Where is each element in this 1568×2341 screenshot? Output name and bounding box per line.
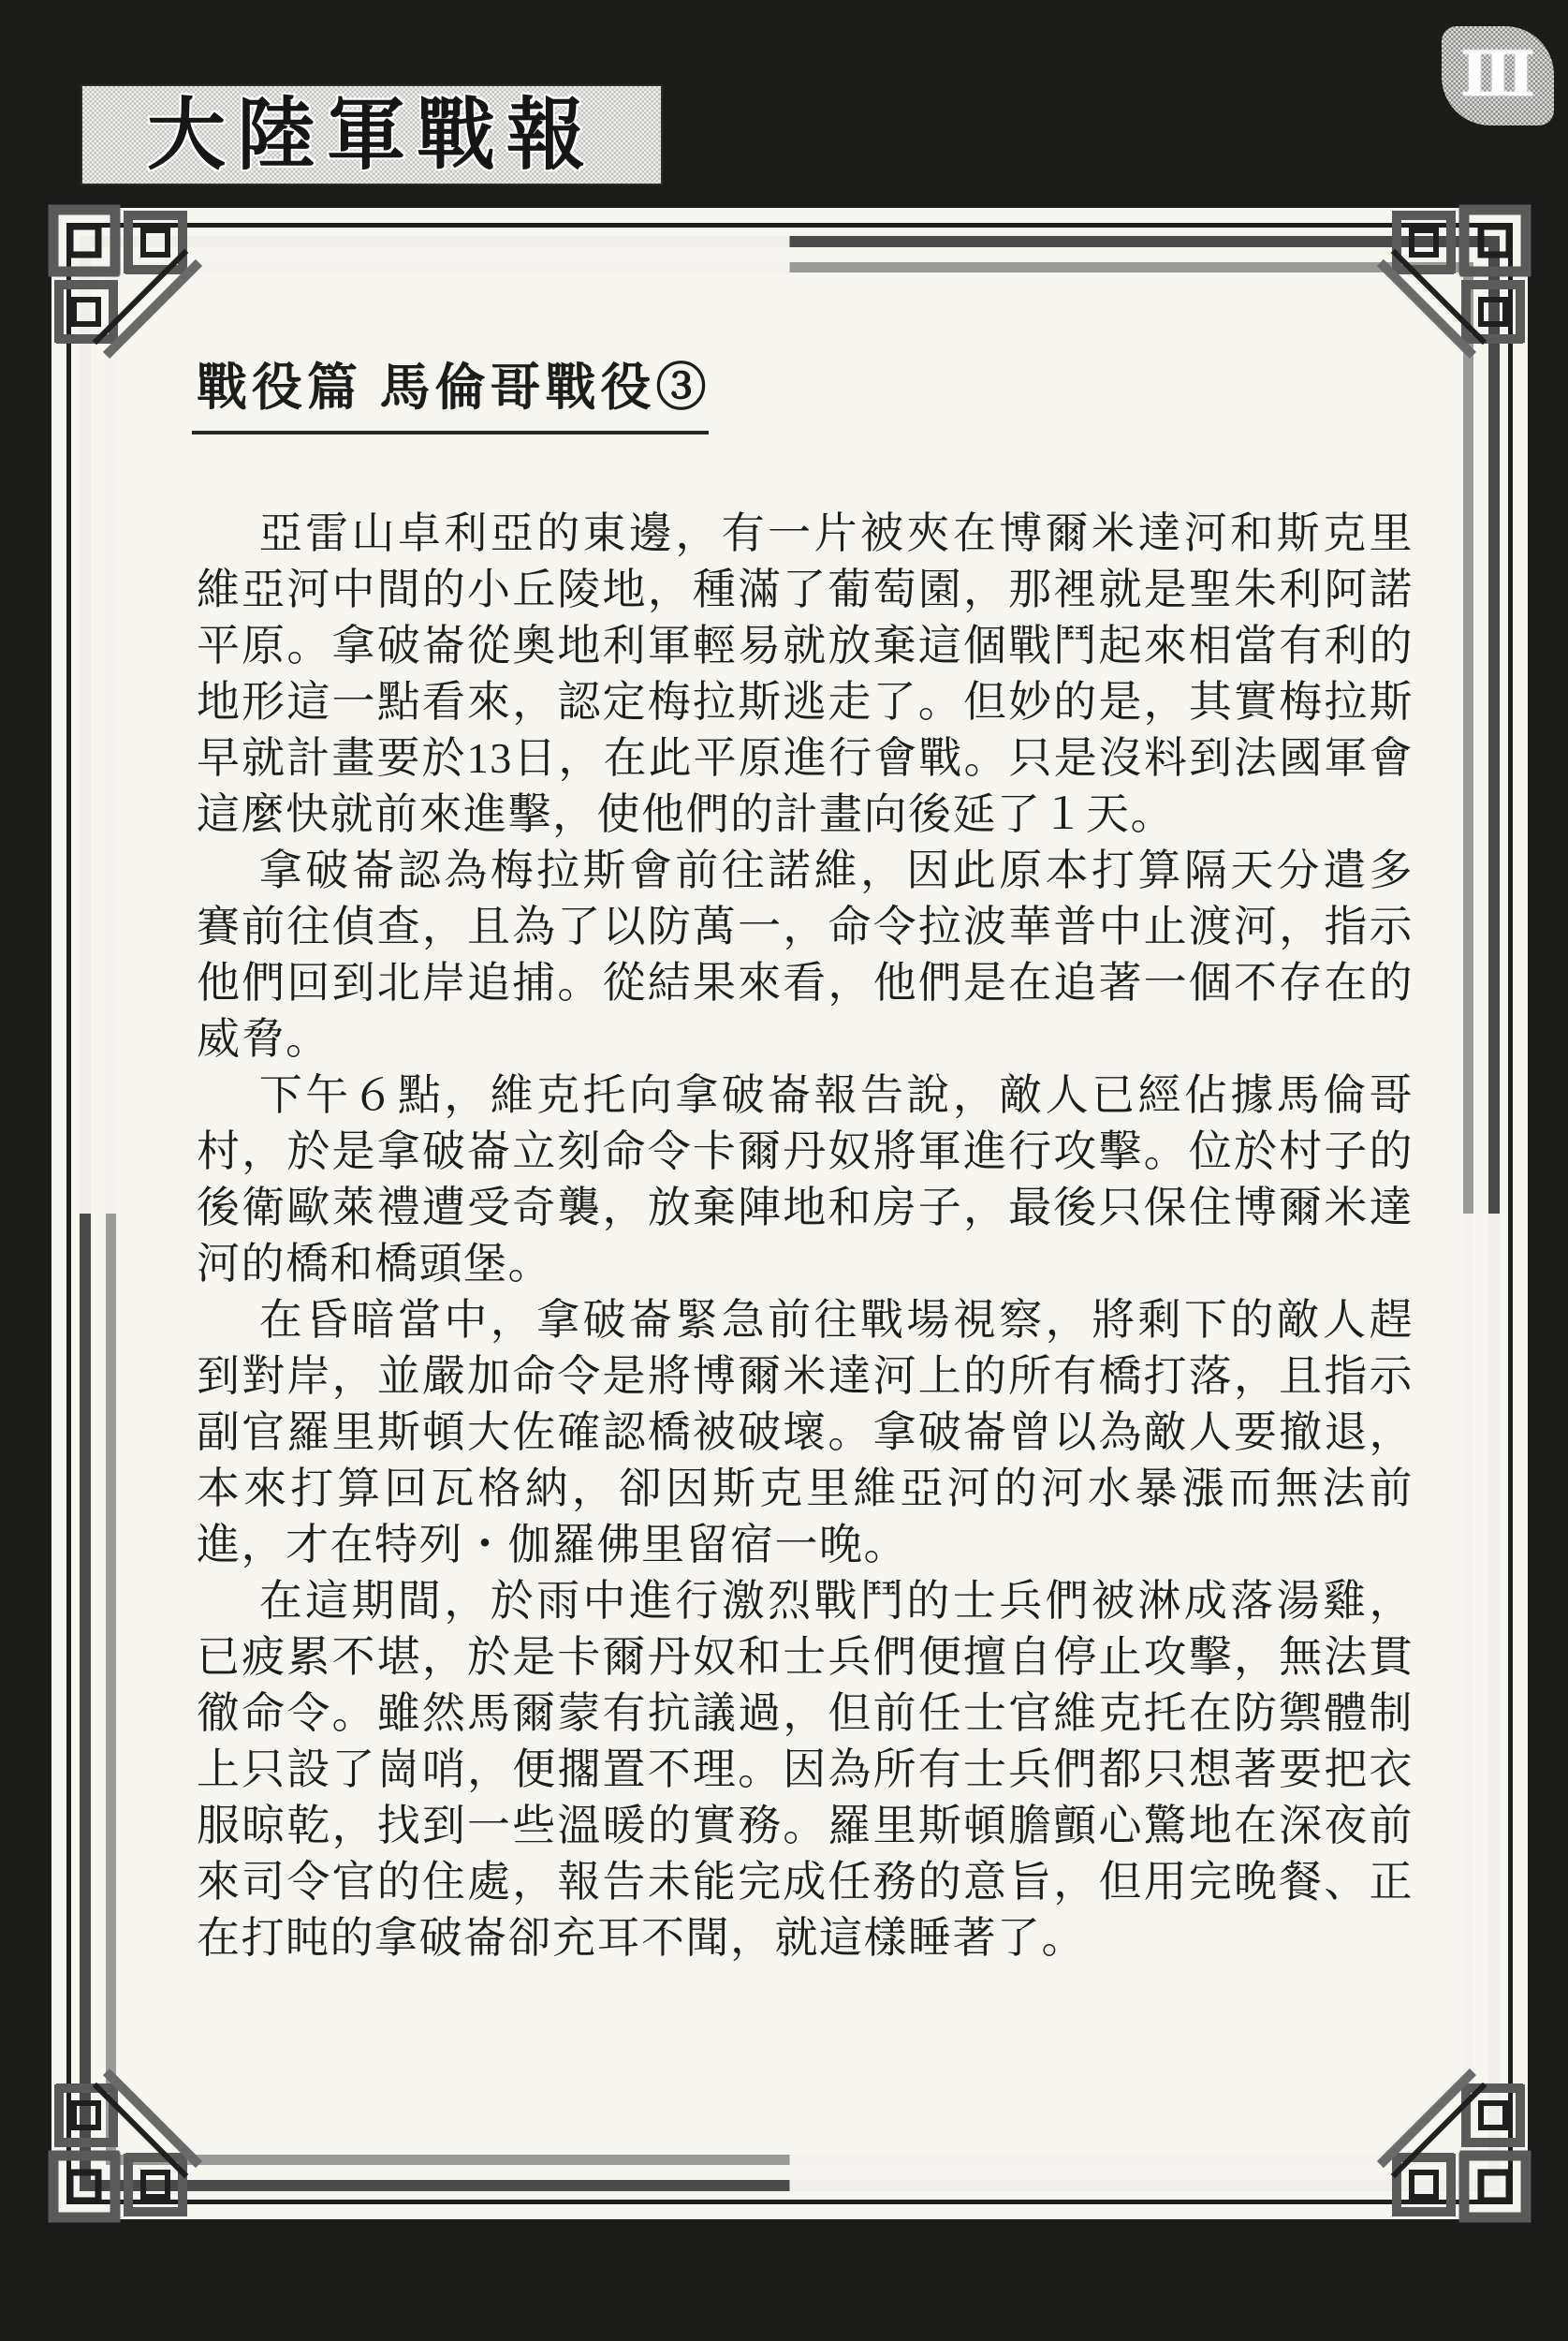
page-number: Ⅲ <box>1460 45 1535 107</box>
corner-ornament-icon <box>38 195 226 382</box>
corner-ornament-icon <box>1354 195 1541 382</box>
corner-ornament-icon <box>1354 2045 1541 2232</box>
report-title-banner: 大陸軍戰報 <box>82 86 661 184</box>
section-heading: 戰役篇 馬倫哥戰役③ <box>197 358 852 419</box>
paragraph: 在這期間，於雨中進行激烈戰鬥的士兵們被淋成落湯雞，已疲累不堪，於是卡爾丹奴和士兵… <box>197 1573 1414 1966</box>
paragraph: 下午６點，維克托向拿破崙報告說，敵人已經佔據馬倫哥村，於是拿破崙立刻命令卡爾丹奴… <box>197 1067 1414 1292</box>
heading-underline <box>192 431 709 434</box>
report-title: 大陸軍戰報 <box>147 96 596 174</box>
paragraph: 在昏暗當中，拿破崙緊急前往戰場視察，將剩下的敵人趕到對岸，並嚴加命令是將博爾米達… <box>197 1292 1414 1573</box>
corner-ornament-icon <box>38 2045 226 2232</box>
scanned-page: { "header": { "title": "大陸軍戰報", "page_nu… <box>0 0 1568 2341</box>
paragraph: 亞雷山卓利亞的東邊，有一片被夾在博爾米達河和斯克里維亞河中間的小丘陵地，種滿了葡… <box>197 506 1414 843</box>
paragraph: 拿破崙認為梅拉斯會前往諾維，因此原本打算隔天分遣多賽前往偵查，且為了以防萬一，命… <box>197 843 1414 1067</box>
body-text: 亞雷山卓利亞的東邊，有一片被夾在博爾米達河和斯克里維亞河中間的小丘陵地，種滿了葡… <box>197 506 1414 1966</box>
content-panel: 戰役篇 馬倫哥戰役③ 亞雷山卓利亞的東邊，有一片被夾在博爾米達河和斯克里維亞河中… <box>51 208 1528 2219</box>
page-number-badge: Ⅲ <box>1442 26 1554 125</box>
